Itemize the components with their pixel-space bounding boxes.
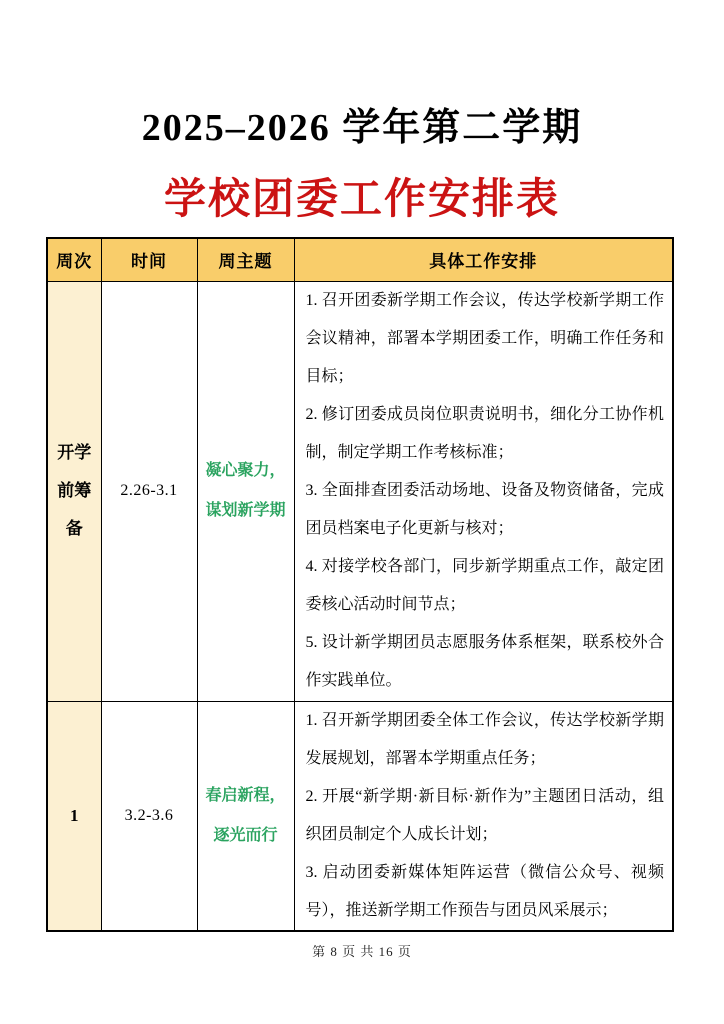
theme-cell: 凝心聚力，谋划新学期 <box>197 281 294 701</box>
theme-cell: 春启新程，逐光而行 <box>197 701 294 931</box>
page-footer: 第 8 页 共 16 页 <box>0 941 724 960</box>
week-cell: 开学前筹备 <box>47 281 101 701</box>
schedule-table: 周次时间周主题具体工作安排 开学前筹备2.26-3.1凝心聚力，谋划新学期1. … <box>46 237 674 932</box>
table-header-row: 周次时间周主题具体工作安排 <box>47 238 673 281</box>
column-header: 周主题 <box>197 238 294 281</box>
table-body: 开学前筹备2.26-3.1凝心聚力，谋划新学期1. 召开团委新学期工作会议，传达… <box>47 281 673 931</box>
column-header: 具体工作安排 <box>294 238 673 281</box>
table-row: 开学前筹备2.26-3.1凝心聚力，谋划新学期1. 召开团委新学期工作会议，传达… <box>47 281 673 701</box>
page-subtitle: 学校团委工作安排表 <box>0 166 724 226</box>
column-header: 时间 <box>101 238 197 281</box>
table-row: 13.2-3.6春启新程，逐光而行1. 召开新学期团委全体工作会议，传达学校新学… <box>47 701 673 931</box>
tasks-cell: 1. 召开新学期团委全体工作会议，传达学校新学期发展规划，部署本学期重点任务；2… <box>294 701 673 931</box>
tasks-cell: 1. 召开团委新学期工作会议，传达学校新学期工作会议精神，部署本学期团委工作，明… <box>294 281 673 701</box>
document-page: 2025–2026 学年第二学期 学校团委工作安排表 周次时间周主题具体工作安排… <box>0 0 724 1024</box>
week-cell: 1 <box>47 701 101 931</box>
time-cell: 2.26-3.1 <box>101 281 197 701</box>
column-header: 周次 <box>47 238 101 281</box>
time-cell: 3.2-3.6 <box>101 701 197 931</box>
page-title: 2025–2026 学年第二学期 <box>0 96 724 151</box>
